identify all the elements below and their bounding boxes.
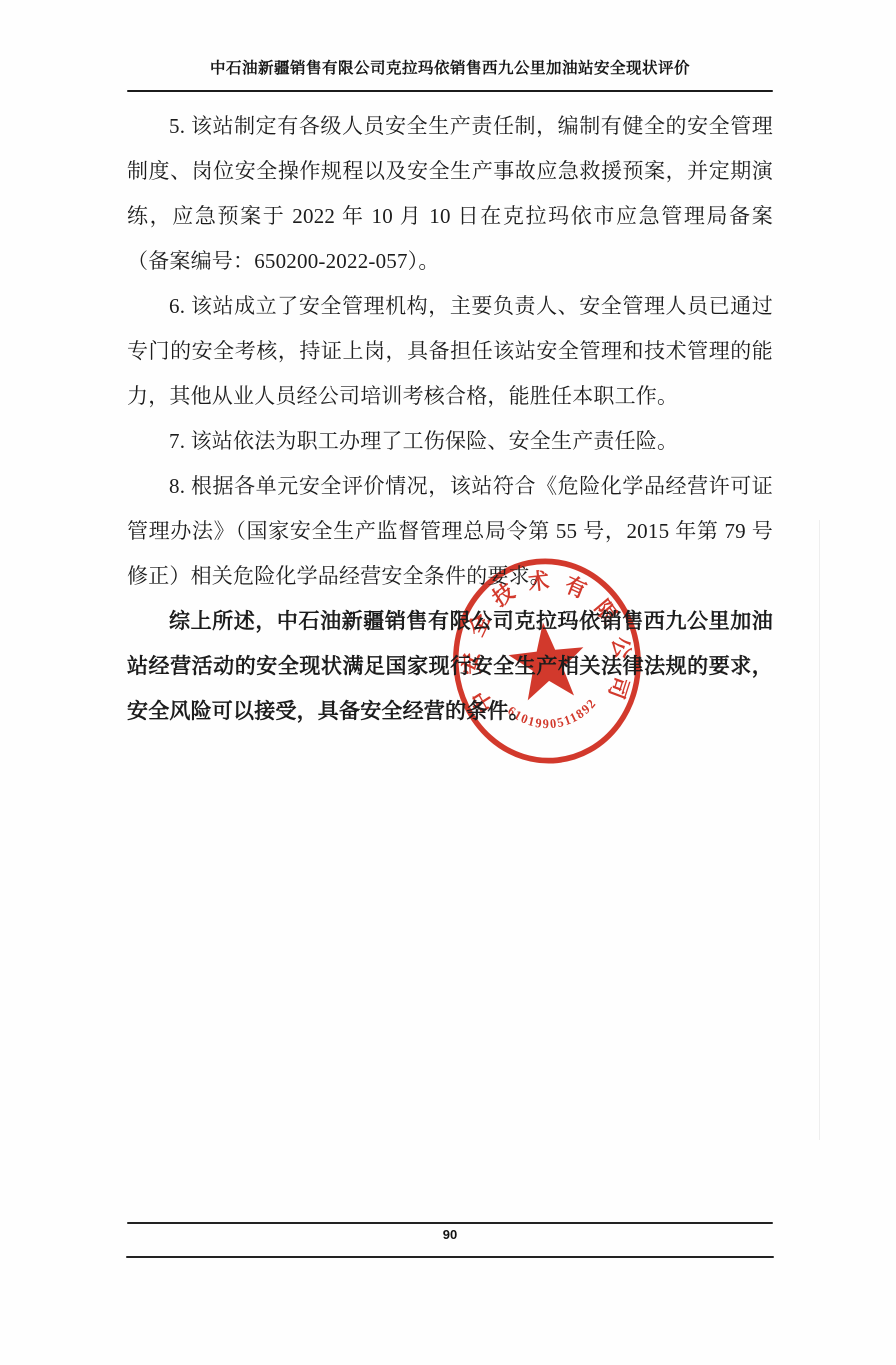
header-divider <box>127 90 773 92</box>
document-page: 中石油新疆销售有限公司克拉玛依销售西九公里加油站安全现状评价 5. 该站制定有各… <box>0 0 896 1365</box>
paragraph-8: 8. 根据各单元安全评价情况，该站符合《危险化学品经营许可证管理办法》（国家安全… <box>127 464 773 599</box>
paragraph-6: 6. 该站成立了安全管理机构，主要负责人、安全管理人员已通过专门的安全考核，持证… <box>127 284 773 419</box>
conclusion-paragraph: 综上所述，中石油新疆销售有限公司克拉玛依销售西九公里加油站经营活动的安全现状满足… <box>127 599 773 734</box>
paragraph-7: 7. 该站依法为职工办理了工伤保险、安全生产责任险。 <box>127 419 773 464</box>
page-number: 90 <box>128 1227 772 1242</box>
paragraph-5: 5. 该站制定有各级人员安全生产责任制，编制有健全的安全管理制度、岗位安全操作规… <box>127 104 773 284</box>
footer-divider-bottom <box>126 1256 774 1258</box>
footer-divider-top <box>127 1222 773 1224</box>
scan-fold-line <box>819 520 820 1140</box>
page-header-title: 中石油新疆销售有限公司克拉玛依销售西九公里加油站安全现状评价 <box>128 56 772 78</box>
body-text: 5. 该站制定有各级人员安全生产责任制，编制有健全的安全管理制度、岗位安全操作规… <box>127 104 773 734</box>
